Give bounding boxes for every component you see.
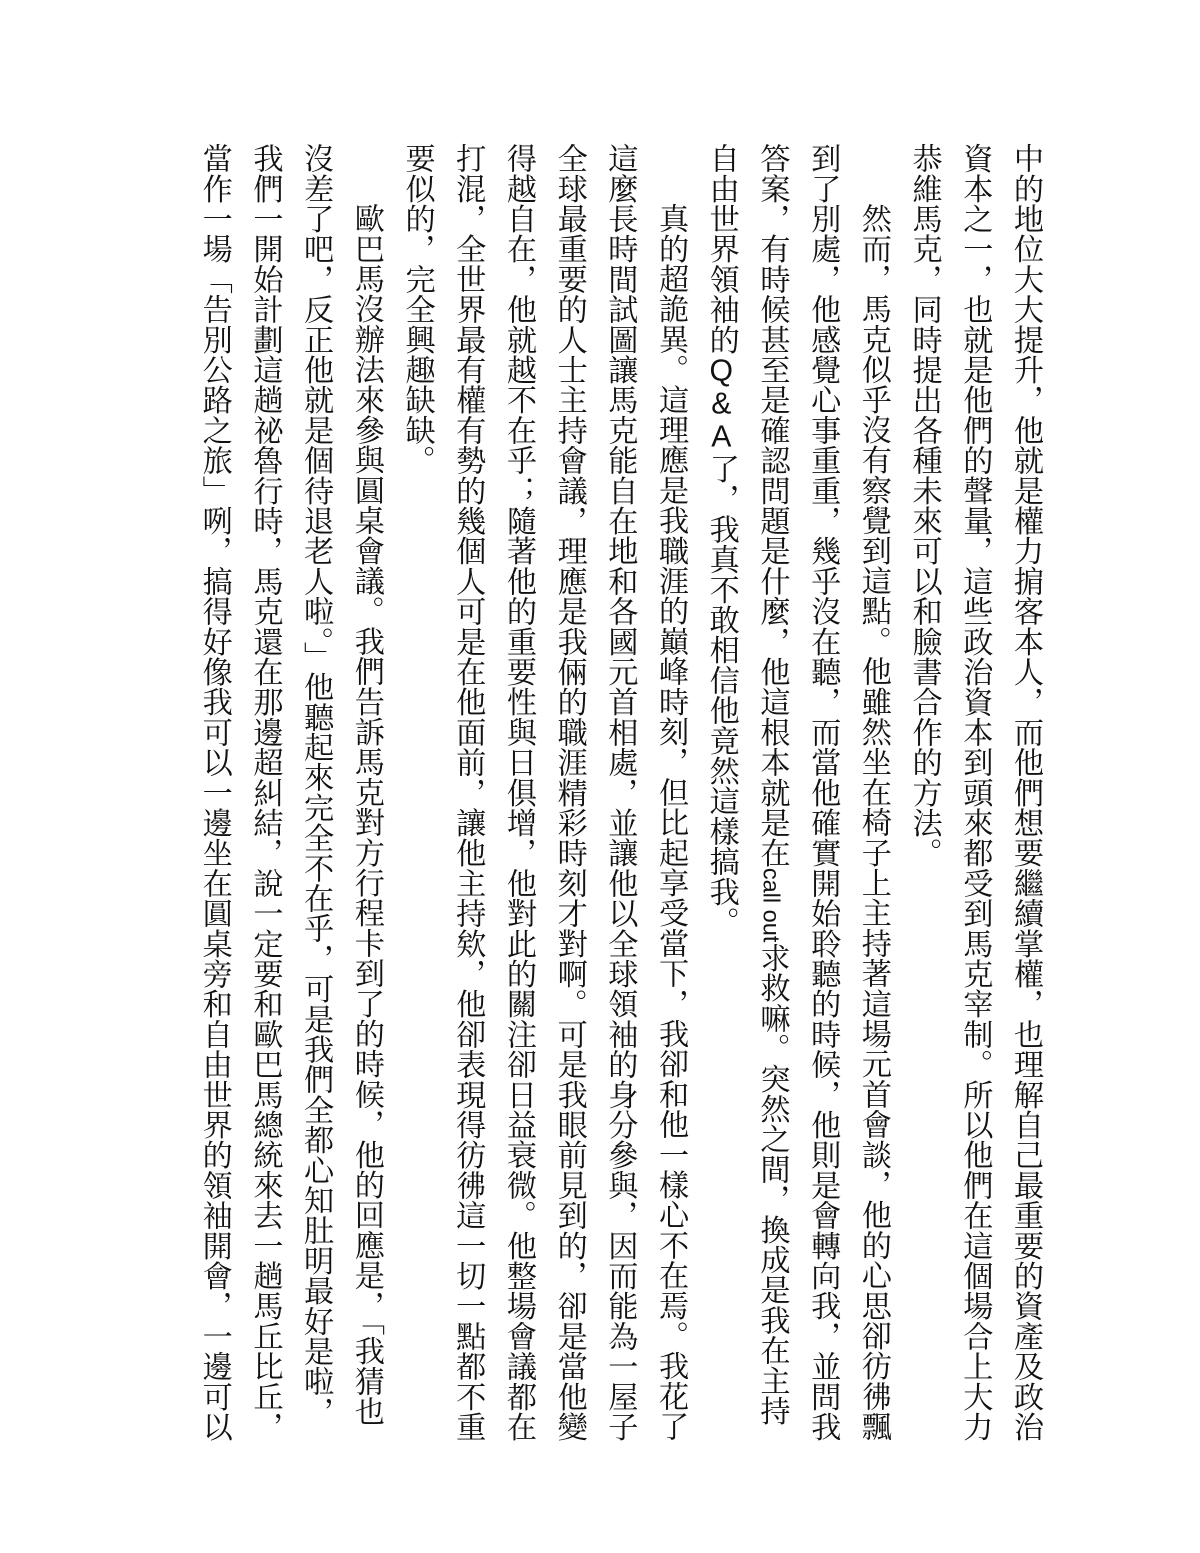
inline-text: 中的地位大大提升，他就是權力掮客本人，而他們想要繼續掌權，也理解自己最重要的資產… bbox=[908, 143, 1042, 1442]
text-block: 中的地位大大提升，他就是權力掮客本人，而他們想要繼續掌權，也理解自己最重要的資產… bbox=[188, 143, 1050, 1449]
inline-text: 歐巴馬沒辦法來參與圓桌會議。我們告訴馬克對方行程卡到了的時候，他的回應是，「我猜… bbox=[198, 143, 383, 1442]
book-page: 中的地位大大提升，他就是權力掮客本人，而他們想要繼續掌權，也理解自己最重要的資產… bbox=[0, 0, 1200, 1553]
inline-upright-text: Q&A bbox=[705, 354, 738, 453]
paragraph-3: 真的超詭異。這理應是我職涯的巔峰時刻，但比起享受當下，我卻和他一樣心不在焉。我花… bbox=[391, 143, 695, 1449]
inline-text: 真的超詭異。這理應是我職涯的巔峰時刻，但比起享受當下，我卻和他一樣心不在焉。我花… bbox=[401, 143, 688, 1442]
paragraph-1: 中的地位大大提升，他就是權力掮客本人，而他們想要繼續掌權，也理解自己最重要的資產… bbox=[898, 143, 1050, 1449]
inline-latin-text: call out bbox=[758, 868, 784, 943]
paragraph-2: 然而，馬克似乎沒有察覺到這點。他雖然坐在椅子上主持著這場元首會談，他的心思卻彷彿… bbox=[695, 143, 898, 1449]
paragraph-4: 歐巴馬沒辦法來參與圓桌會議。我們告訴馬克對方行程卡到了的時候，他的回應是，「我猜… bbox=[188, 143, 391, 1449]
inline-text: 了，我真不敢相信他竟然這樣搞我。 bbox=[705, 453, 738, 936]
